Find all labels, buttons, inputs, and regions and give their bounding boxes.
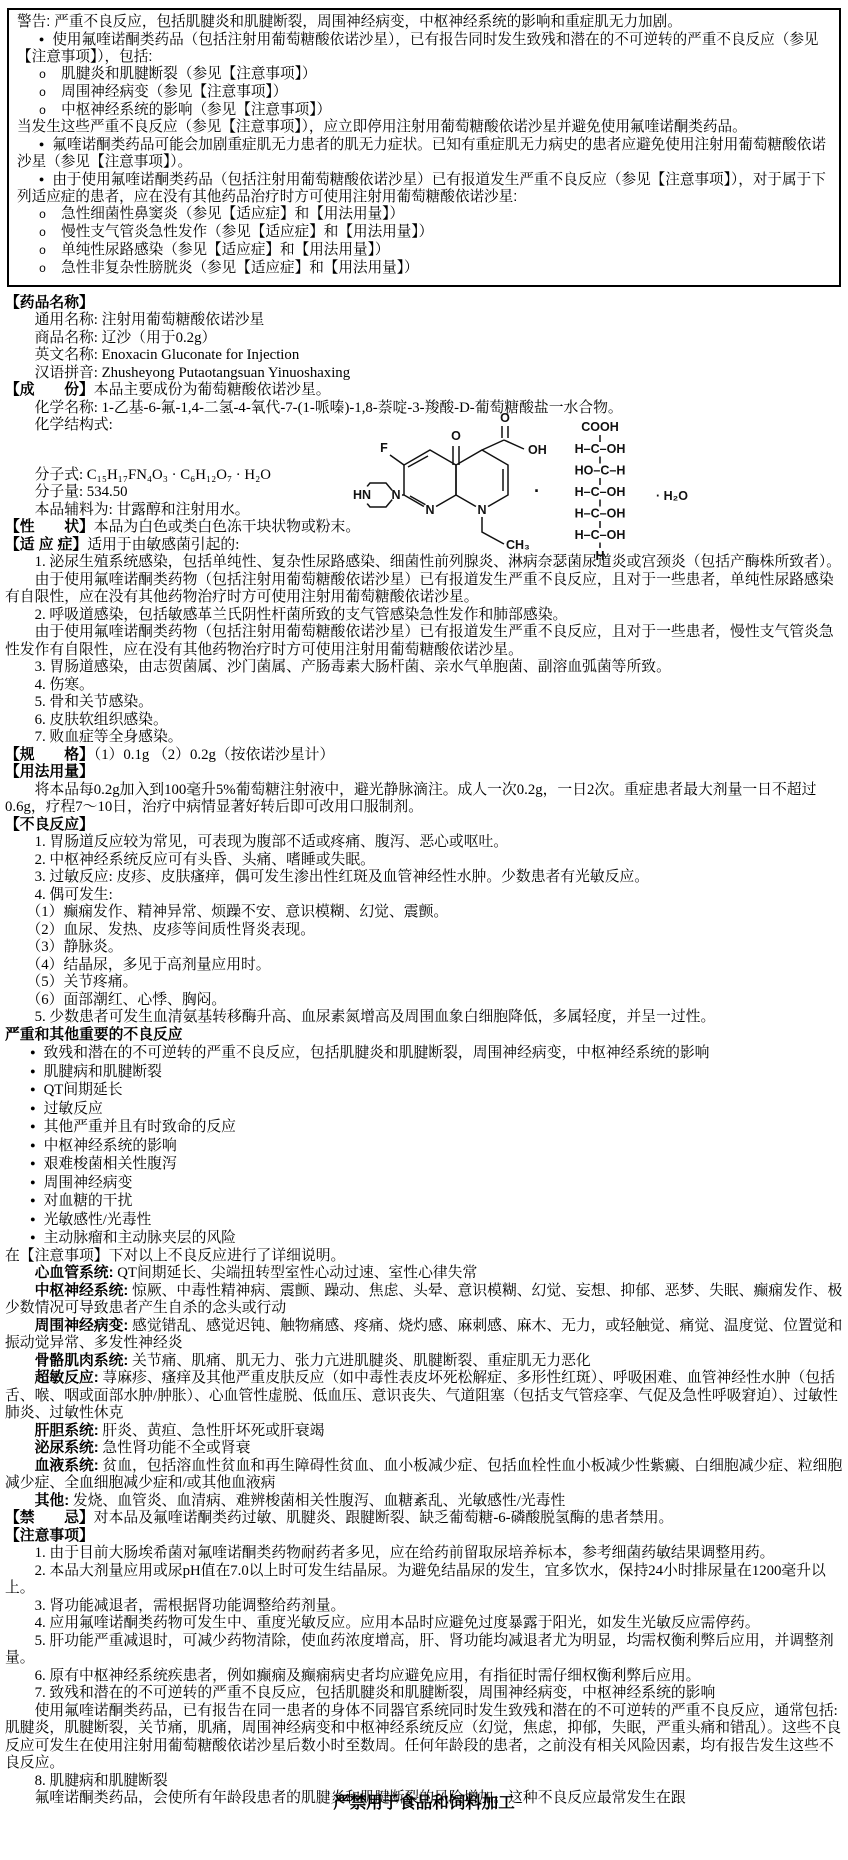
block-text: 致残和潜在的不可逆转的严重不良反应，包括肌腱炎和肌腱断裂，周围神经病变，中枢神经… [44,1045,710,1061]
block-text: 关节痛、肌痛、肌无力、张力亢进肌腱炎、肌腱断裂、重症肌无力恶化 [132,1353,591,1369]
block-text: 本品为白色或类白色冻干块状物或粉末。 [94,519,360,535]
fischer-row-3: H–C–OH [575,485,626,499]
bullet-circle-icon: o [39,86,46,100]
bullet-list-item: ●过敏反应 [5,1100,843,1119]
numbered-paragraph: 5. 骨和关节感染。 [5,694,843,712]
system-category-label: 泌尿系统: [35,1440,99,1456]
warning-line: ●由于使用氟喹诺酮类药品（包括注射用葡萄糖酸依诺沙星）已有报道发生严重不良反应（… [17,171,831,206]
block-text: 对本品及氟喹诺酮类药过敏、肌腱炎、跟腱断裂、缺乏葡萄糖-6-磷酸脱氢酶的患者禁用… [94,1510,674,1526]
labeled-paragraph: 肝胆系统: 肝炎、黄疸、急性肝坏死或肝衰竭 [5,1423,843,1441]
block-text: 由于使用氟喹诺酮类药物（包括注射用葡萄糖酸依诺沙星）已有报道发生严重不良反应，且… [5,624,834,658]
sub-list-item: （1）癫痫发作、精神异常、烦躁不安、意识模糊、幻觉、震颤。 [5,904,843,922]
warning-line: o中枢神经系统的影响（参见【注意事项】） [17,102,831,120]
bullet-list-item: ●主动脉瘤和主动脉夹层的风险 [5,1229,843,1248]
warning-line-text: 肌腱炎和肌腱断裂（参见【注意事项】） [61,66,316,82]
block-text: （1）0.1g （2）0.2g（按依诺沙星计） [94,747,334,763]
labeled-paragraph: 其他: 发烧、血管炎、血清病、难辨梭菌相关性腹泻、血糖紊乱、光敏感性/光毒性 [5,1493,843,1511]
numbered-paragraph: 3. 肾功能减退者，需根据肾功能调整给药剂量。 [5,1598,843,1616]
numbered-paragraph: 3. 胃肠道感染，由志贺菌属、沙门菌属、产肠毒素大肠杆菌、亲水气单胞菌、副溶血弧… [5,659,843,677]
bullet-list-item: ●肌腱病和肌腱断裂 [5,1063,843,1082]
block-text: 其他严重并且有时致命的反应 [44,1119,236,1135]
numbered-paragraph: 7. 致残和潜在的不可逆转的严重不良反应，包括肌腱炎和肌腱断裂，周围神经病变，中… [5,1685,843,1703]
bullet-circle-icon: o [39,68,46,82]
block-text: 主动脉瘤和主动脉夹层的风险 [44,1230,236,1246]
bullet-dot-icon: ● [30,1140,35,1150]
block-text: 本品主要成份为葡萄糖酸依诺沙星。 [94,382,331,398]
bullet-list-item: ●其他严重并且有时致命的反应 [5,1118,843,1137]
warning-line: 当发生这些严重不良反应（参见【注意事项】），应立即停用注射用葡萄糖酸依诺沙星并避… [17,119,831,136]
block-text: 4. 伤寒。 [35,677,94,693]
block-text: 适用于由敏感菌引起的: [87,537,239,553]
block-text: 贫血，包括溶血性贫血和再生障碍性贫血、血小板减少症、包括血栓性血小板减少性紫癜、… [5,1458,842,1492]
bullet-circle-icon: o [39,104,46,118]
block-text: 2. 本品大剂量应用或尿pH值在7.0以上时可发生结晶尿。为避免结晶尿的发生，宜… [5,1563,826,1597]
block-text: 过敏反应 [44,1101,103,1117]
block-text: 英文名称: Enoxacin Gluconate for Injection [35,347,300,363]
system-category-label: 超敏反应: [35,1370,99,1386]
block-text: 光敏感性/光毒性 [44,1212,152,1228]
salt-separator-dot: · [534,481,540,501]
bullet-circle-icon: o [39,244,46,258]
system-category-label: 血液系统: [35,1458,99,1474]
block-text: 急性肾功能不全或肾衰 [102,1440,250,1456]
warning-line: o肌腱炎和肌腱断裂（参见【注意事项】） [17,66,831,84]
block-text: 6. 皮肤软组织感染。 [35,712,168,728]
system-category-label: 其他: [35,1493,70,1509]
fischer-row-1: H–C–OH [575,442,626,456]
block-text: 发烧、血管炎、血清病、难辨梭菌相关性腹泻、血糖紊乱、光敏感性/光毒性 [73,1493,565,1509]
block-text: 汉语拼音: Zhusheyong Putaotangsuan Yinuoshax… [35,365,351,381]
block-text: 商品名称: 辽沙（用于0.2g） [35,330,217,346]
system-category-label: 心血管系统: [35,1265,114,1281]
labeled-paragraph: 超敏反应: 荨麻疹、瘙痒及其他严重皮肤反应（如中毒性表皮坏死松解症、多形性红斑）… [5,1370,843,1423]
numbered-paragraph: 6. 皮肤软组织感染。 [5,712,843,730]
block-text: 3. 过敏反应: 皮疹、皮肤瘙痒，偶可发生渗出性红斑及血管神经性水肿。少数患者有… [35,869,650,885]
labeled-paragraph: 血液系统: 贫血，包括溶血性贫血和再生障碍性贫血、血小板减少症、包括血栓性血小板… [5,1458,843,1493]
block-text: 肝炎、黄疸、急性肝坏死或肝衰竭 [102,1423,324,1439]
block-text: 通用名称: 注射用葡萄糖酸依诺沙星 [35,312,265,328]
section-bracket-heading: 【药品名称】 [5,295,94,311]
block-text: 荨麻疹、瘙痒及其他严重皮肤反应（如中毒性表皮坏死松解症、多形性红斑）、呼吸困难、… [5,1370,838,1421]
bullet-dot-icon: ● [30,1121,35,1131]
labeled-paragraph: 心血管系统: QT间期延长、尖端扭转型室性心动过速、室性心律失常 [5,1265,843,1283]
block-text: 肌腱病和肌腱断裂 [44,1064,162,1080]
section-bracket-heading: 【成 份】 [5,382,94,398]
block-text: 在【注意事项】下对以上不良反应进行了详细说明。 [5,1248,345,1264]
warning-line-text: 中枢神经系统的影响（参见【注意事项】） [61,102,331,118]
block-text: 6. 原有中枢神经系统疾患者，例如癫痫及癫痫病史者均应避免应用，有指征时需仔细权… [35,1668,701,1684]
block-text: 对血糖的干扰 [44,1193,133,1209]
block-text: 惊厥、中毒性精神病、震颤、躁动、焦虑、头晕、意识模糊、幻觉、妄想、抑郁、恶梦、失… [5,1283,842,1317]
subsection-title: 严重和其他重要的不良反应 [5,1027,843,1045]
bullet-dot-icon: ● [30,1047,35,1057]
warning-line-text: 急性非复杂性膀胱炎（参见【适应症】和【用法用量】） [61,260,419,276]
package-insert-page: 警告: 严重不良反应，包括肌腱炎和肌腱断裂，周围神经病变，中枢神经系统的影响和重… [0,8,848,1808]
block-text: （1）癫痫发作、精神异常、烦躁不安、意识模糊、幻觉、震颤。 [26,904,448,920]
warning-line-text: 单纯性尿路感染（参见【适应症】和【用法用量】） [61,242,389,258]
atom-label-ethyl-CH3: CH₃ [506,538,530,552]
numbered-paragraph: 使用氟喹诺酮类药品，已有报告在同一患者的身体不同器官系统同时发生致残和潜在的不可… [5,1703,843,1773]
block-text: 严重和其他重要的不良反应 [5,1027,183,1043]
bullet-dot-icon: ● [39,174,44,184]
numbered-paragraph: 将本品每0.2g加入到100毫升5%葡萄糖注射液中，避光静脉滴注。成人一次0.2… [5,782,843,817]
bullet-list-item: ●QT间期延长 [5,1081,843,1100]
section-heading-line: 【药品名称】 [5,295,843,313]
numbered-paragraph: 5. 肝功能严重减退时，可减少药物清除，使血药浓度增高，肝、肾功能均减退者尤为明… [5,1633,843,1668]
sub-list-item: （5）关节疼痛。 [5,974,843,992]
block-text: 分子量: 534.50 [35,484,128,500]
footer-restriction-notice: 严禁用于食品和饲料加工 [0,1795,848,1813]
block-text: QT间期延长 [44,1082,123,1098]
system-category-label: 周围神经病变: [35,1318,129,1334]
section-bracket-heading: 【注意事项】 [5,1528,94,1544]
warning-line: 警告: 严重不良反应，包括肌腱炎和肌腱断裂，周围神经病变，中枢神经系统的影响和重… [17,14,831,31]
bullet-circle-icon: o [39,208,46,222]
numbered-paragraph: 8. 肌腱病和肌腱断裂 [5,1773,843,1791]
sub-list-item: （6）面部潮红、心悸、胸闷。 [5,992,843,1010]
warning-line-text: 由于使用氟喹诺酮类药品（包括注射用葡萄糖酸依诺沙星）已有报道发生严重不良反应（参… [17,172,826,205]
bond-lines [360,426,600,548]
block-text: 5. 肝功能严重减退时，可减少药物清除，使血药浓度增高，肝、肾功能均减退者尤为明… [5,1633,834,1667]
chemical-structure-figure: O O OH F HN N N N CH₃ · COOH H–C–OH HO–C… [352,413,797,568]
numbered-paragraph: 由于使用氟喹诺酮类药物（包括注射用葡萄糖酸依诺沙星）已有报道发生严重不良反应，且… [5,624,843,659]
block-text: 4. 应用氟喹诺酮类药物可发生中、重度光敏反应。应用本品时应避免过度暴露于阳光，… [35,1615,760,1631]
block-text: 将本品每0.2g加入到100毫升5%葡萄糖注射液中，避光静脉滴注。成人一次0.2… [5,782,816,816]
bullet-circle-icon: o [39,262,46,276]
system-category-label: 中枢神经系统: [35,1283,129,1299]
block-text: 5. 骨和关节感染。 [35,694,153,710]
bullet-dot-icon: ● [39,34,44,44]
block-text: 2. 中枢神经系统反应可有头昏、头痛、嗜睡或失眠。 [35,852,375,868]
bullet-list-item: ●中枢神经系统的影响 [5,1137,843,1156]
atom-label-ketone-O: O [451,429,461,443]
label-masks [352,485,489,517]
field-line: 汉语拼音: Zhusheyong Putaotangsuan Yinuoshax… [5,365,843,383]
warning-line: o急性非复杂性膀胱炎（参见【适应症】和【用法用量】） [17,260,831,278]
numbered-paragraph: 1. 由于目前大肠埃希菌对氟喹诺酮类药物耐药者多见，应在给药前留取尿培养标本，参… [5,1545,843,1563]
labeled-paragraph: 周围神经病变: 感觉错乱、感觉迟钝、触物痛感、疼痛、烧灼感、麻刺感、麻木、无力，… [5,1318,843,1353]
block-text: 8. 肌腱病和肌腱断裂 [35,1773,168,1789]
block-text: 周围神经病变 [44,1175,133,1191]
section-bracket-heading: 【用法用量】 [5,764,94,780]
atom-label-OH: OH [528,443,547,457]
fischer-row-cooh: COOH [581,420,619,434]
warning-line: ●氟喹诺酮类药品可能会加剧重症肌无力患者的肌无力症状。已知有重症肌无力病史的患者… [17,136,831,171]
block-text: 2. 呼吸道感染，包括敏感革兰氏阴性杆菌所致的支气管感染急性发作和肺部感染。 [35,607,568,623]
numbered-paragraph: 4. 偶可发生: [5,887,843,905]
warning-line-text: 当发生这些严重不良反应（参见【注意事项】），应立即停用注射用葡萄糖酸依诺沙星并避… [17,119,747,135]
numbered-paragraph: 2. 呼吸道感染，包括敏感革兰氏阴性杆菌所致的支气管感染急性发作和肺部感染。 [5,607,843,625]
block-text: 由于使用氟喹诺酮类药物（包括注射用葡萄糖酸依诺沙星）已有报道发生严重不良反应，且… [5,572,834,606]
block-text: （2）血尿、发热、皮疹等间质性肾炎表现。 [26,922,315,938]
fischer-row-4: H–C–OH [575,507,626,521]
section-heading-line: 【用法用量】 [5,764,843,782]
warning-line-text: 急性细菌性鼻窦炎（参见【适应症】和【用法用量】） [61,206,404,222]
atom-label-N8: N [425,503,434,517]
block-text: （4）结晶尿，多见于高剂量应用时。 [26,957,270,973]
numbered-paragraph: 4. 应用氟喹诺酮类药物可发生中、重度光敏反应。应用本品时应避免过度暴露于阳光，… [5,1615,843,1633]
bullet-list-item: ●对血糖的干扰 [5,1192,843,1211]
bullet-dot-icon: ● [30,1103,35,1113]
fischer-row-2: HO–C–H [575,464,626,478]
atom-label-F: F [380,441,388,455]
warning-line: ●使用氟喹诺酮类药品（包括注射用葡萄糖酸依诺沙星），已有报告同时发生致残和潜在的… [17,31,831,66]
numbered-paragraph: 2. 本品大剂量应用或尿pH值在7.0以上时可发生结晶尿。为避免结晶尿的发生，宜… [5,1563,843,1598]
bullet-list-item: ●致残和潜在的不可逆转的严重不良反应，包括肌腱炎和肌腱断裂，周围神经病变，中枢神… [5,1044,843,1063]
numbered-paragraph: 2. 中枢神经系统反应可有头昏、头痛、嗜睡或失眠。 [5,852,843,870]
section-bracket-heading: 【禁 忌】 [5,1510,94,1526]
block-text: 艰难梭菌相关性腹泻 [44,1156,177,1172]
block-text: 4. 偶可发生: [35,887,113,903]
block-text: 化学结构式: [35,417,113,433]
fischer-row-h: H [595,549,604,563]
numbered-paragraph: 7. 败血症等全身感染。 [5,729,843,747]
fischer-row-5: H–C–OH [575,528,626,542]
field-line: 商品名称: 辽沙（用于0.2g） [5,330,843,348]
warning-line: o慢性支气管炎急性发作（参见【适应症】和【用法用量】） [17,224,831,242]
section-bracket-heading: 【性 状】 [5,519,94,535]
block-text: 1. 由于目前大肠埃希菌对氟喹诺酮类药物耐药者多见，应在给药前留取尿培养标本，参… [35,1545,775,1561]
numbered-paragraph: 由于使用氟喹诺酮类药物（包括注射用葡萄糖酸依诺沙星）已有报道发生严重不良反应，且… [5,572,843,607]
block-text: 7. 致残和潜在的不可逆转的严重不良反应，包括肌腱炎和肌腱断裂，周围神经病变，中… [35,1685,716,1701]
block-text: 3. 胃肠道感染，由志贺菌属、沙门菌属、产肠毒素大肠杆菌、亲水气单胞菌、副溶血弧… [35,659,671,675]
section-bracket-heading: 【规 格】 [5,747,94,763]
hydrate-label: · H₂O [656,489,688,503]
numbered-paragraph: 1. 胃肠道反应较为常见，可表现为腹部不适或疼痛、腹泻、恶心或呕吐。 [5,834,843,852]
block-text: 使用氟喹诺酮类药品，已有报告在同一患者的身体不同器官系统同时发生致残和潜在的不可… [5,1703,841,1772]
labeled-paragraph: 泌尿系统: 急性肾功能不全或肾衰 [5,1440,843,1458]
bullet-circle-icon: o [39,226,46,240]
sub-list-item: （2）血尿、发热、皮疹等间质性肾炎表现。 [5,922,843,940]
body-paragraph: 在【注意事项】下对以上不良反应进行了详细说明。 [5,1248,843,1266]
section-heading-line: 【不良反应】 [5,817,843,835]
section-heading-line: 【成 份】本品主要成份为葡萄糖酸依诺沙星。 [5,382,843,400]
warning-line: o急性细菌性鼻窦炎（参见【适应症】和【用法用量】） [17,206,831,224]
numbered-paragraph: 5. 少数患者可发生血清氨基转移酶升高、血尿素氮增高及周围血象白细胞降低，多属轻… [5,1009,843,1027]
warning-line-text: 使用氟喹诺酮类药品（包括注射用葡萄糖酸依诺沙星），已有报告同时发生致残和潜在的不… [17,32,819,65]
atom-label-acid-O: O [500,413,510,425]
warning-line-text: 氟喹诺酮类药品可能会加剧重症肌无力患者的肌无力症状。已知有重症肌无力病史的患者应… [17,137,826,170]
bullet-list-item: ●艰难梭菌相关性腹泻 [5,1155,843,1174]
bullet-dot-icon: ● [30,1214,35,1224]
numbered-paragraph: 3. 过敏反应: 皮疹、皮肤瘙痒，偶可发生渗出性红斑及血管神经性水肿。少数患者有… [5,869,843,887]
warning-box: 警告: 严重不良反应，包括肌腱炎和肌腱断裂，周围神经病变，中枢神经系统的影响和重… [7,8,841,287]
section-bracket-heading: 【不良反应】 [5,817,94,833]
bullet-dot-icon: ● [30,1066,35,1076]
warning-line: o单纯性尿路感染（参见【适应症】和【用法用量】） [17,242,831,260]
section-bracket-heading: 【适 应 症】 [5,537,87,553]
bullet-dot-icon: ● [30,1177,35,1187]
numbered-paragraph: 6. 原有中枢神经系统疾患者，例如癫痫及癫痫病史者均应避免应用，有指征时需仔细权… [5,1668,843,1686]
atom-label-N1: N [477,503,486,517]
field-line: 通用名称: 注射用葡萄糖酸依诺沙星 [5,312,843,330]
sub-list-item: （4）结晶尿，多见于高剂量应用时。 [5,957,843,975]
block-text: 感觉错乱、感觉迟钝、触物痛感、疼痛、烧灼感、麻刺感、麻木、无力，或轻触觉、痛觉、… [5,1318,842,1352]
system-category-label: 骨骼肌肉系统: [35,1353,129,1369]
bullet-dot-icon: ● [30,1195,35,1205]
bullet-dot-icon: ● [39,139,44,149]
block-text: 中枢神经系统的影响 [44,1138,177,1154]
block-text: 1. 胃肠道反应较为常见，可表现为腹部不适或疼痛、腹泻、恶心或呕吐。 [35,834,509,850]
block-text: （6）面部潮红、心悸、胸闷。 [26,992,226,1008]
labeled-paragraph: 骨骼肌肉系统: 关节痛、肌痛、肌无力、张力亢进肌腱炎、肌腱断裂、重症肌无力恶化 [5,1353,843,1371]
block-text: 7. 败血症等全身感染。 [35,729,183,745]
warning-line: o周围神经病变（参见【注意事项】） [17,84,831,102]
system-category-label: 肝胆系统: [35,1423,99,1439]
warning-line-text: 警告: 严重不良反应，包括肌腱炎和肌腱断裂，周围神经病变，中枢神经系统的影响和重… [17,14,682,30]
block-text: 3. 肾功能减退者，需根据肾功能调整给药剂量。 [35,1598,346,1614]
block-text: （3）静脉炎。 [26,939,122,955]
section-heading-line: 【规 格】（1）0.1g （2）0.2g（按依诺沙星计） [5,747,843,765]
warning-line-text: 周围神经病变（参见【注意事项】） [61,84,287,100]
block-text: 5. 少数患者可发生血清氨基转移酶升高、血尿素氮增高及周围血象白细胞降低，多属轻… [35,1009,716,1025]
bullet-dot-icon: ● [30,1232,35,1242]
block-text: 分子式: C₁₅H₁₇FN₄O₃ · C₆H₁₂O₇ · H₂O [35,467,271,483]
field-line: 英文名称: Enoxacin Gluconate for Injection [5,347,843,365]
labeled-paragraph: 中枢神经系统: 惊厥、中毒性精神病、震颤、躁动、焦虑、头晕、意识模糊、幻觉、妄想… [5,1283,843,1318]
section-heading-line: 【注意事项】 [5,1528,843,1546]
warning-line-text: 慢性支气管炎急性发作（参见【适应症】和【用法用量】） [61,224,433,240]
bullet-list-item: ●周围神经病变 [5,1174,843,1193]
sub-list-item: （3）静脉炎。 [5,939,843,957]
numbered-paragraph: 4. 伤寒。 [5,677,843,695]
block-text: QT间期延长、尖端扭转型室性心动过速、室性心律失常 [117,1265,477,1281]
atom-label-HN: HN [353,488,371,502]
bullet-dot-icon: ● [30,1084,35,1094]
block-text: （5）关节疼痛。 [26,974,137,990]
bullet-dot-icon: ● [30,1158,35,1168]
block-text: 本品辅料为: 甘露醇和注射用水。 [35,502,250,518]
atom-label-piperazine-N: N [391,488,400,502]
section-heading-line: 【禁 忌】对本品及氟喹诺酮类药过敏、肌腱炎、跟腱断裂、缺乏葡萄糖-6-磷酸脱氢酶… [5,1510,843,1528]
bullet-list-item: ●光敏感性/光毒性 [5,1211,843,1230]
